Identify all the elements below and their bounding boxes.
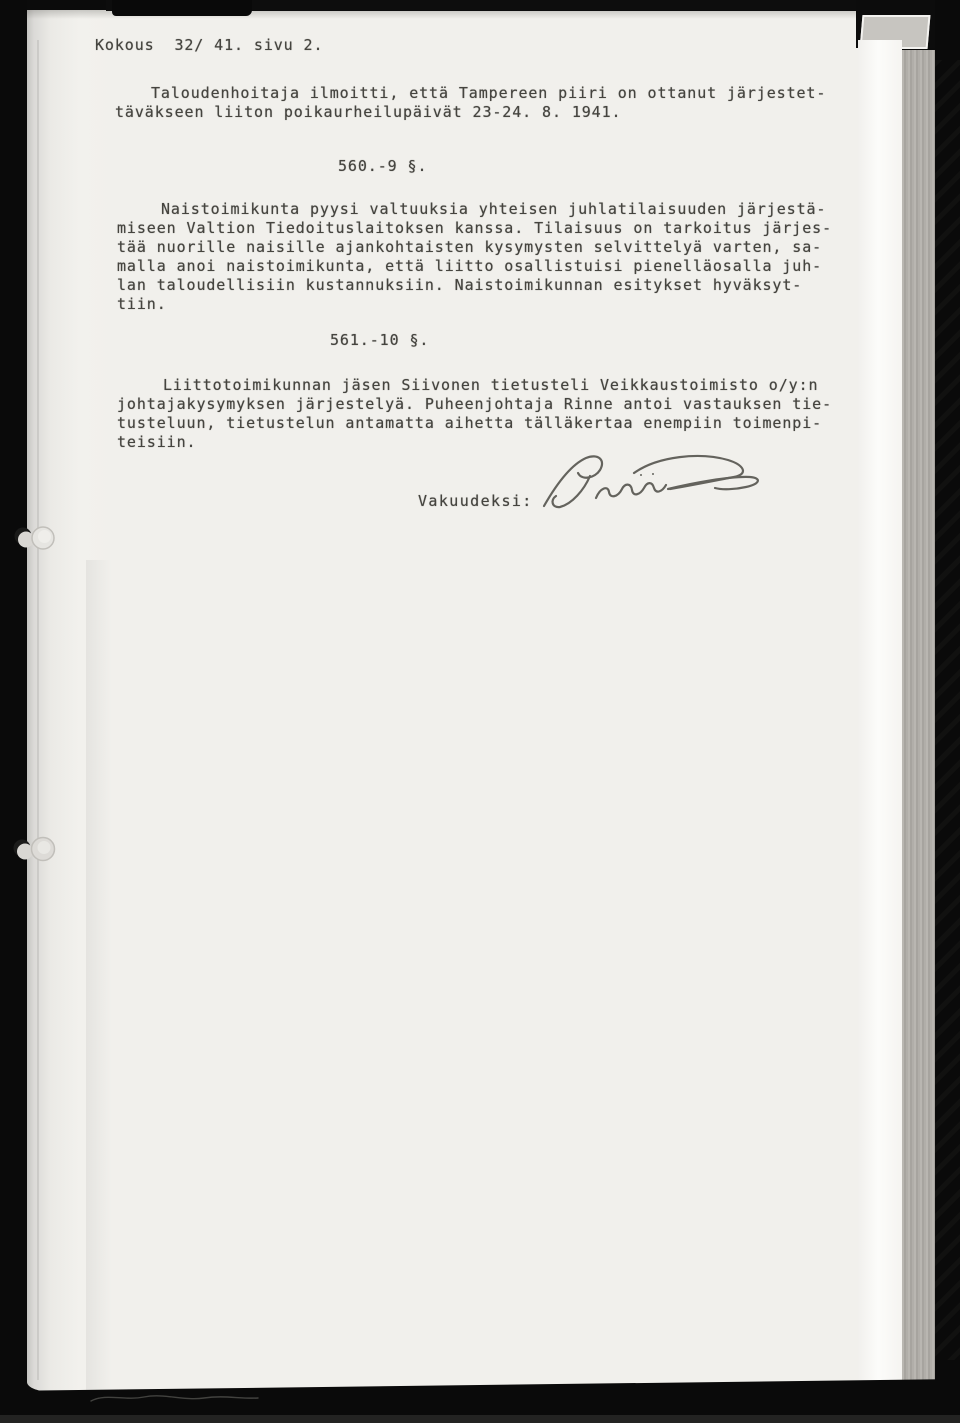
page-header: Kokous 32/ 41. sivu 2. xyxy=(95,36,323,55)
binding-hole-bottom-icon xyxy=(12,833,58,867)
book-cover-texture xyxy=(935,60,960,1360)
binding-hole-top xyxy=(12,523,58,557)
underlying-page-edge xyxy=(858,40,902,1392)
paragraph-treasurer-announcement: Taloudenhoitaja ilmoitti, että Tampereen… xyxy=(115,84,860,122)
book-page-stack-edge xyxy=(902,50,938,1392)
attestation-label: Vakuudeksi: xyxy=(418,492,533,511)
paragraph-womens-committee: Naistoimikunta pyysi valtuuksia yhteisen… xyxy=(117,200,862,314)
binding-hole-top-icon xyxy=(12,523,58,557)
paper-fold-shadow xyxy=(86,560,112,1390)
scan-border-bottom-edge xyxy=(0,1415,960,1423)
paper-crease xyxy=(37,40,39,1380)
binding-hole-bottom xyxy=(12,833,58,867)
scan-border-top-blob xyxy=(112,0,252,16)
scanned-document-page: Kokous 32/ 41. sivu 2. Taloudenhoitaja i… xyxy=(0,0,960,1423)
bottom-edge-scribble xyxy=(88,1390,263,1406)
scan-border-left xyxy=(0,0,27,1423)
section-heading-560: 560.-9 §. xyxy=(338,157,427,176)
handwritten-signature xyxy=(538,446,774,518)
section-heading-561: 561.-10 §. xyxy=(330,331,429,350)
paragraph-board-member-inquiry: Liittotoimikunnan jäsen Siivonen tietust… xyxy=(117,376,862,452)
